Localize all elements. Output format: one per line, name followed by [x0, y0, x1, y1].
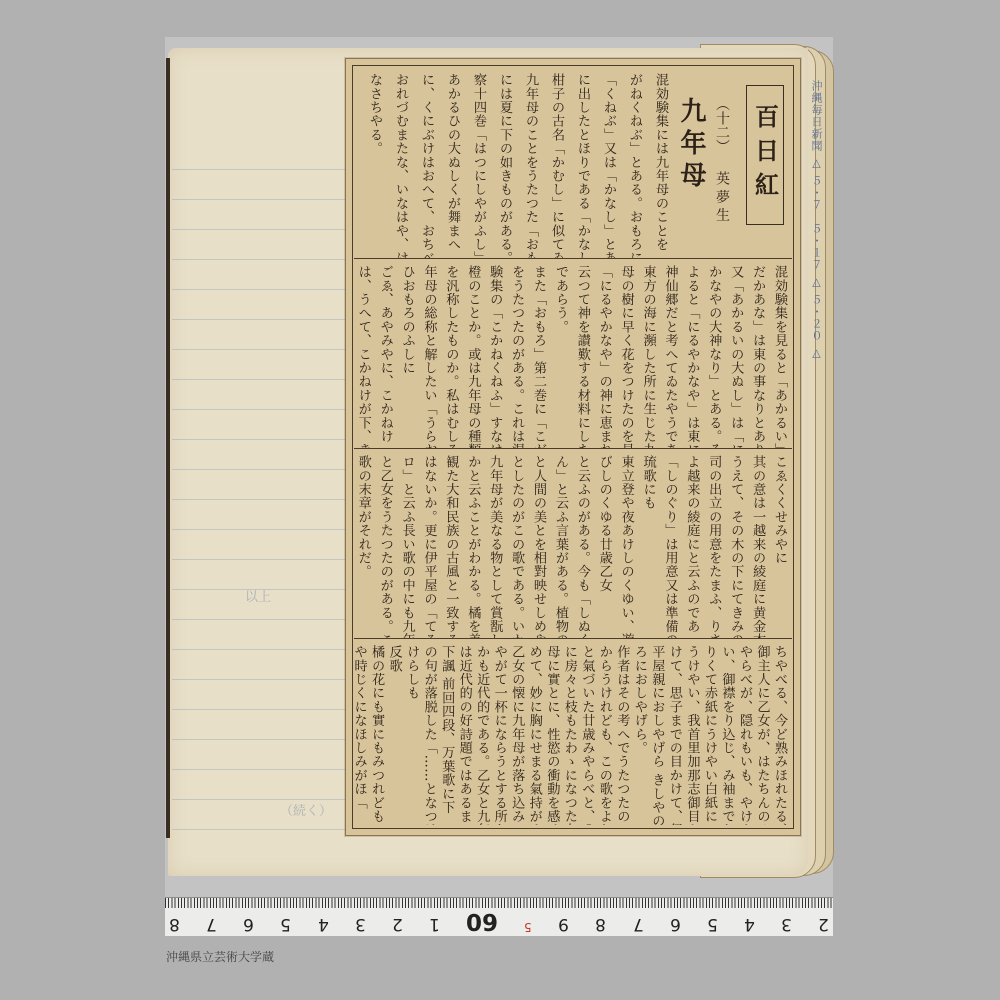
clipping-row-4: ちやべる、今ど熟みほれたる、 御主人に乙女が、はたちんのみ やらべが、隠れもいも…	[354, 639, 792, 825]
text-column: よると「にるやかなや」は東にある	[682, 259, 704, 448]
text-column: と云ふのがある。今も「しぬくゆ	[573, 449, 595, 638]
text-column: 混効験集を見ると「あかるい」「て	[770, 259, 792, 448]
text-column: 橙のことか。或は九年母の種類	[463, 259, 485, 448]
text-column: やらべが、隠れもいも、やけや	[739, 639, 757, 825]
text-column: 琉歌にも	[639, 449, 661, 638]
text-column: また「おもろ」第二巻に「こがね木	[529, 259, 551, 448]
text-column: の句が落脱した「……となつけ	[424, 639, 442, 825]
text-column: は、うへて、こかねけが下、き	[354, 259, 376, 448]
text-column: 反歌	[389, 639, 407, 825]
text-column: 九年母が美なる物として賞翫した	[485, 449, 507, 638]
text-column: 「くねぶ」又は「かなし」とあると節	[595, 67, 621, 258]
headline: 九年母	[673, 67, 710, 258]
text-column: なさちやる。	[361, 67, 387, 258]
text-column: と人間の美とを相對映せしめやう	[529, 449, 551, 638]
text-column: 司の出立の用意をたまふ、りさ	[704, 449, 726, 638]
text-column: からうけれども、この歌をよむ	[599, 639, 617, 825]
text-column: ごゑ、あやみやに、こかねけ	[376, 259, 398, 448]
text-column: を汎称したものか。私はむしろ	[442, 259, 464, 448]
text-column: 神仙郷だと考へてゐたやうである	[661, 259, 683, 448]
text-column: であらう。	[551, 259, 573, 448]
text-column: 母に實とに、性慾の衝動を感せし	[547, 639, 565, 825]
margin-annotation: 沖縄毎日新聞 △ ５・７ ５・１７ △ ５・２０ △	[808, 80, 824, 360]
ruler-ticks	[165, 898, 833, 908]
text-column: や時じくになほしみがほ「	[354, 639, 372, 825]
text-column: に、くにぶけはおへて、おちべ、	[413, 67, 439, 258]
ruler-label: 8	[169, 910, 180, 934]
text-column: 云つて神を讃歎する材料にしたの	[573, 259, 595, 448]
text-column: 観た大和民族の古風と一致するで	[442, 449, 464, 638]
text-column: い、御襟をり込じ、み袖までむ	[722, 639, 740, 825]
ruler-label: 2	[818, 910, 829, 934]
ruler-label: 1	[429, 910, 440, 934]
text-column: 下諷 前回四段、万葉歌に下	[442, 639, 460, 825]
text-column: 歌の末章がそれだ。	[354, 449, 376, 638]
ruler-label: 7	[633, 910, 644, 934]
pencil-note: （続く）	[280, 800, 332, 819]
ruler-label: 2	[392, 910, 403, 934]
text-column: ん」と云ふ言葉がある。植物の美	[551, 449, 573, 638]
text-column: あかるひの大ぬしくが舞まへ	[439, 67, 465, 258]
text-column: 又「あかるいの大ぬし」は「にるや	[726, 259, 748, 448]
text-column: 「にるやかなや」の神に恵まれたと	[595, 259, 617, 448]
text-column: ちやべる、今ど熟みほれたる、	[774, 639, 792, 825]
ruler-label-major: 60	[466, 910, 498, 934]
text-column: おれづむまたな、いなはや、け	[387, 67, 413, 258]
text-column: うえて、その木の下にてきみの按	[726, 449, 748, 638]
text-column: うけやい、我首里加那志御目か	[687, 639, 705, 825]
binding-edge	[166, 58, 170, 838]
text-column: めて、妙に胸にせまる氣持がすみ	[529, 639, 547, 825]
article-text: 混効験集には九年母のことを「すにかい」とある。又、橙のことを「く がねくねぶ」と…	[361, 67, 673, 258]
text-column: 混効験集には九年母のことを「すにかい」とある。又、橙のことを「く	[647, 67, 673, 258]
text-column: 年母の総称と解したい「うらおそ	[420, 259, 442, 448]
text-column: びしのくゆる廿歳乙女	[595, 449, 617, 638]
text-column: 東立登や夜あけしのくゆい、遊	[617, 449, 639, 638]
ruler-label: 3	[781, 910, 792, 934]
measuring-ruler: 8 7 6 5 4 3 2 1 60 5 9 8 7 6 5 4 3 2	[165, 897, 833, 936]
text-column: としたのがこの歌である。いか	[507, 449, 529, 638]
text-column: には夏に下の如きものがある。	[491, 67, 517, 258]
ruler-label: 8	[595, 910, 606, 934]
series-byline: （十二） 英 夢 生	[712, 67, 732, 258]
text-column: 東方の海に瀕した所に生じた九年	[639, 259, 661, 448]
ruler-labels: 8 7 6 5 4 3 2 1 60 5 9 8 7 6 5 4 3 2	[165, 910, 833, 934]
text-column: かと云ふことがわかる。橘を美と	[463, 449, 485, 638]
series-number: （十二）	[712, 97, 732, 153]
ruler-label: 3	[355, 910, 366, 934]
ruler-label: 5	[707, 910, 718, 934]
text-column: 母の樹に早く花をつけたのを見て	[617, 259, 639, 448]
text-column: 其の意は一越来の綾庭に黄金木を	[748, 449, 770, 638]
text-column: に房々と枝もたわゝになつた九年	[564, 639, 582, 825]
text-column: 橘の花にも實にもみつれどもい	[372, 639, 390, 825]
text-column: やがて一杯にならうとする所なん	[494, 639, 512, 825]
ruler-label-half: 5	[524, 910, 532, 934]
ruled-lines	[172, 140, 348, 840]
text-column: 九年母のことをうたつた「おもろ	[517, 67, 543, 258]
text-column: ロ」と云ふ長い歌の中にも九年母	[398, 449, 420, 638]
text-column: 「しのぐり」は用意又は準備のこと	[661, 449, 683, 638]
collection-credit: 沖縄県立芸術大学蔵	[166, 948, 274, 965]
text-column: は近代的の好詩題ではあるまいか	[459, 639, 477, 825]
text-column: だかあな」は東の事なりとあり、	[748, 259, 770, 448]
ruler-label: 4	[318, 910, 329, 934]
ruler-label: 6	[670, 910, 681, 934]
clipping-row-1: 百日紅 （十二） 英 夢 生 九年母 混効験集には九年母のことを「すにかい」とあ…	[354, 67, 792, 259]
text-column: はないか。更に伊平屋の「てるく	[420, 449, 442, 638]
text-column: よ越来の綾庭にと云ふのであ	[682, 449, 704, 638]
text-column: けて、思子までの目かけて、伊	[669, 639, 687, 825]
clipping-row-3: こゑくくせみやに 其の意は一越来の綾庭に黄金木を うえて、その木の下にてきみの按…	[354, 449, 792, 639]
text-column: 御主人に乙女が、はたちんのみ	[757, 639, 775, 825]
text-column: ひおもろのふしに	[398, 259, 420, 448]
text-column: に出したとほりである「かなし」は	[569, 67, 595, 258]
column-title: 百日紅	[746, 85, 784, 225]
text-column: をうたつたのがある。これは混効	[507, 259, 529, 448]
clipping-row-2: 混効験集を見ると「あかるい」「て だかあな」は東の事なりとあり、 又「あかるいの…	[354, 259, 792, 449]
author: 英 夢 生	[712, 171, 732, 222]
text-column: 乙女の懐に九年母が落ち込み	[512, 639, 530, 825]
ruler-label: 7	[206, 910, 217, 934]
text-column: けらしも	[407, 639, 425, 825]
newspaper-clipping: 百日紅 （十二） 英 夢 生 九年母 混効験集には九年母のことを「すにかい」とあ…	[345, 58, 801, 836]
text-column: がねくねぶ」とある。おもろには、	[621, 67, 647, 258]
ruler-label: 4	[744, 910, 755, 934]
text-column: ろにおしやげら。	[634, 639, 652, 825]
text-column: りくて赤紙にうけやい白紙に	[704, 639, 722, 825]
text-column: と乙女をうたつたのがある。この	[376, 449, 398, 638]
text-column: 平屋親におしやげら きしやの	[652, 639, 670, 825]
text-column: かも近代的である。乙女と九年母	[477, 639, 495, 825]
text-column: 験集の「こかねくねふ」すなはち	[485, 259, 507, 448]
text-column: こゑくくせみやに	[770, 449, 792, 638]
text-column: かなやの大神なり」とある。それに	[704, 259, 726, 448]
ruler-label: 6	[243, 910, 254, 934]
text-column: 察十四巻「はつにしやがふし」に	[465, 67, 491, 258]
text-column: と氣づいた廿歳みやらべと、うん	[582, 639, 600, 825]
pencil-note: 以上	[245, 586, 271, 605]
ruler-label: 9	[558, 910, 569, 934]
text-column: 柑子の古名「かむし」に似てゐる。	[543, 67, 569, 258]
text-column: 作者はその考へでうたつたのでな	[617, 639, 635, 825]
ruler-label: 5	[280, 910, 291, 934]
